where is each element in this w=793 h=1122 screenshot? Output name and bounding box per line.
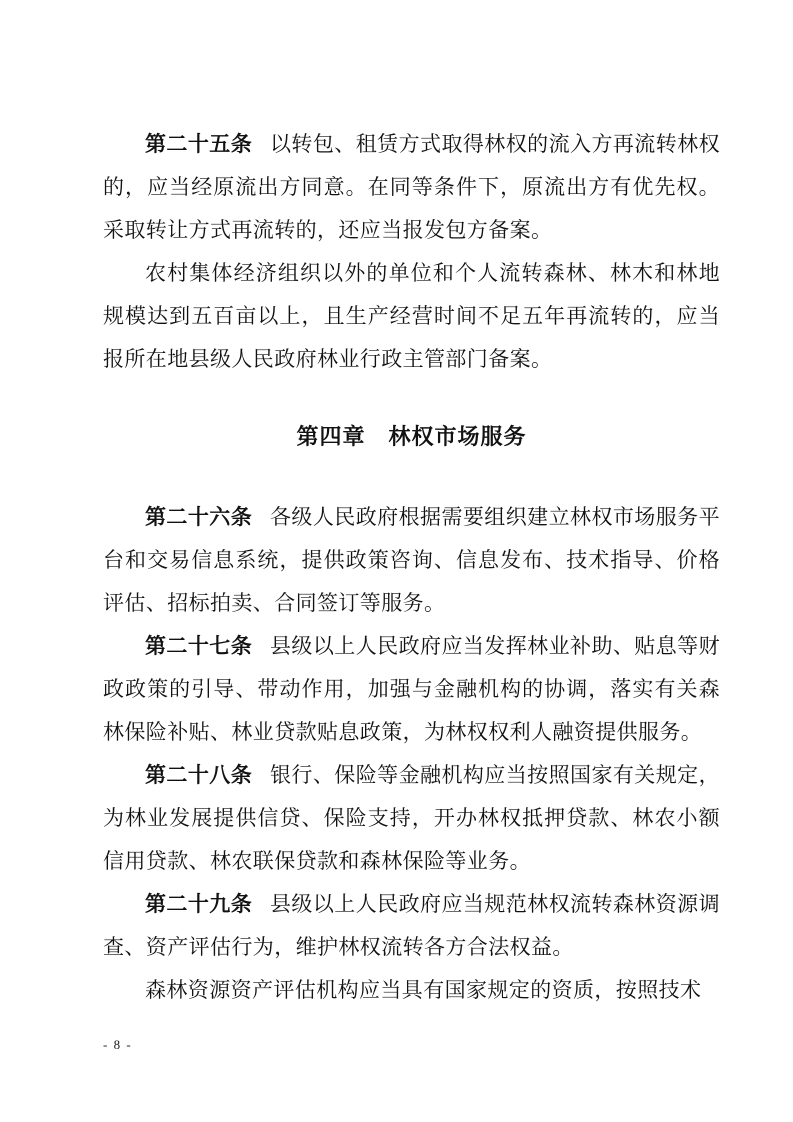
page-number: - 8 -	[103, 1036, 132, 1054]
document-page: 第二十五条以转包、租赁方式取得林权的流入方再流转林权的，应当经原流出方同意。在同…	[0, 0, 793, 1122]
article-27-number: 第二十七条	[145, 634, 252, 658]
article-27-paragraph: 第二十七条县级以上人民政府应当发挥林业补助、贴息等财政政策的引导、带动作用，加强…	[103, 625, 720, 754]
article-29-continuation-text: 森林资源资产评估机构应当具有国家规定的资质，按照技术	[145, 978, 701, 1002]
article-29-paragraph: 第二十九条县级以上人民政府应当规范林权流转森林资源调查、资产评估行为，维护林权流…	[103, 883, 720, 969]
article-25-paragraph: 第二十五条以转包、租赁方式取得林权的流入方再流转林权的，应当经原流出方同意。在同…	[103, 123, 720, 252]
article-25-continuation-text: 农村集体经济组织以外的单位和个人流转森林、林木和林地规模达到五百亩以上，且生产经…	[103, 261, 720, 371]
article-25-continuation-paragraph: 农村集体经济组织以外的单位和个人流转森林、林木和林地规模达到五百亩以上，且生产经…	[103, 252, 720, 381]
document-body: 第二十五条以转包、租赁方式取得林权的流入方再流转林权的，应当经原流出方同意。在同…	[103, 123, 720, 1012]
article-29-continuation-paragraph: 森林资源资产评估机构应当具有国家规定的资质，按照技术	[103, 969, 720, 1012]
article-28-paragraph: 第二十八条银行、保险等金融机构应当按照国家有关规定，为林业发展提供信贷、保险支持…	[103, 754, 720, 883]
article-26-paragraph: 第二十六条各级人民政府根据需要组织建立林权市场服务平台和交易信息系统，提供政策咨…	[103, 496, 720, 625]
chapter-4-heading: 第四章 林权市场服务	[103, 415, 720, 458]
article-29-number: 第二十九条	[145, 892, 252, 916]
article-26-number: 第二十六条	[145, 505, 252, 529]
article-28-number: 第二十八条	[145, 763, 252, 787]
article-25-number: 第二十五条	[145, 132, 252, 156]
